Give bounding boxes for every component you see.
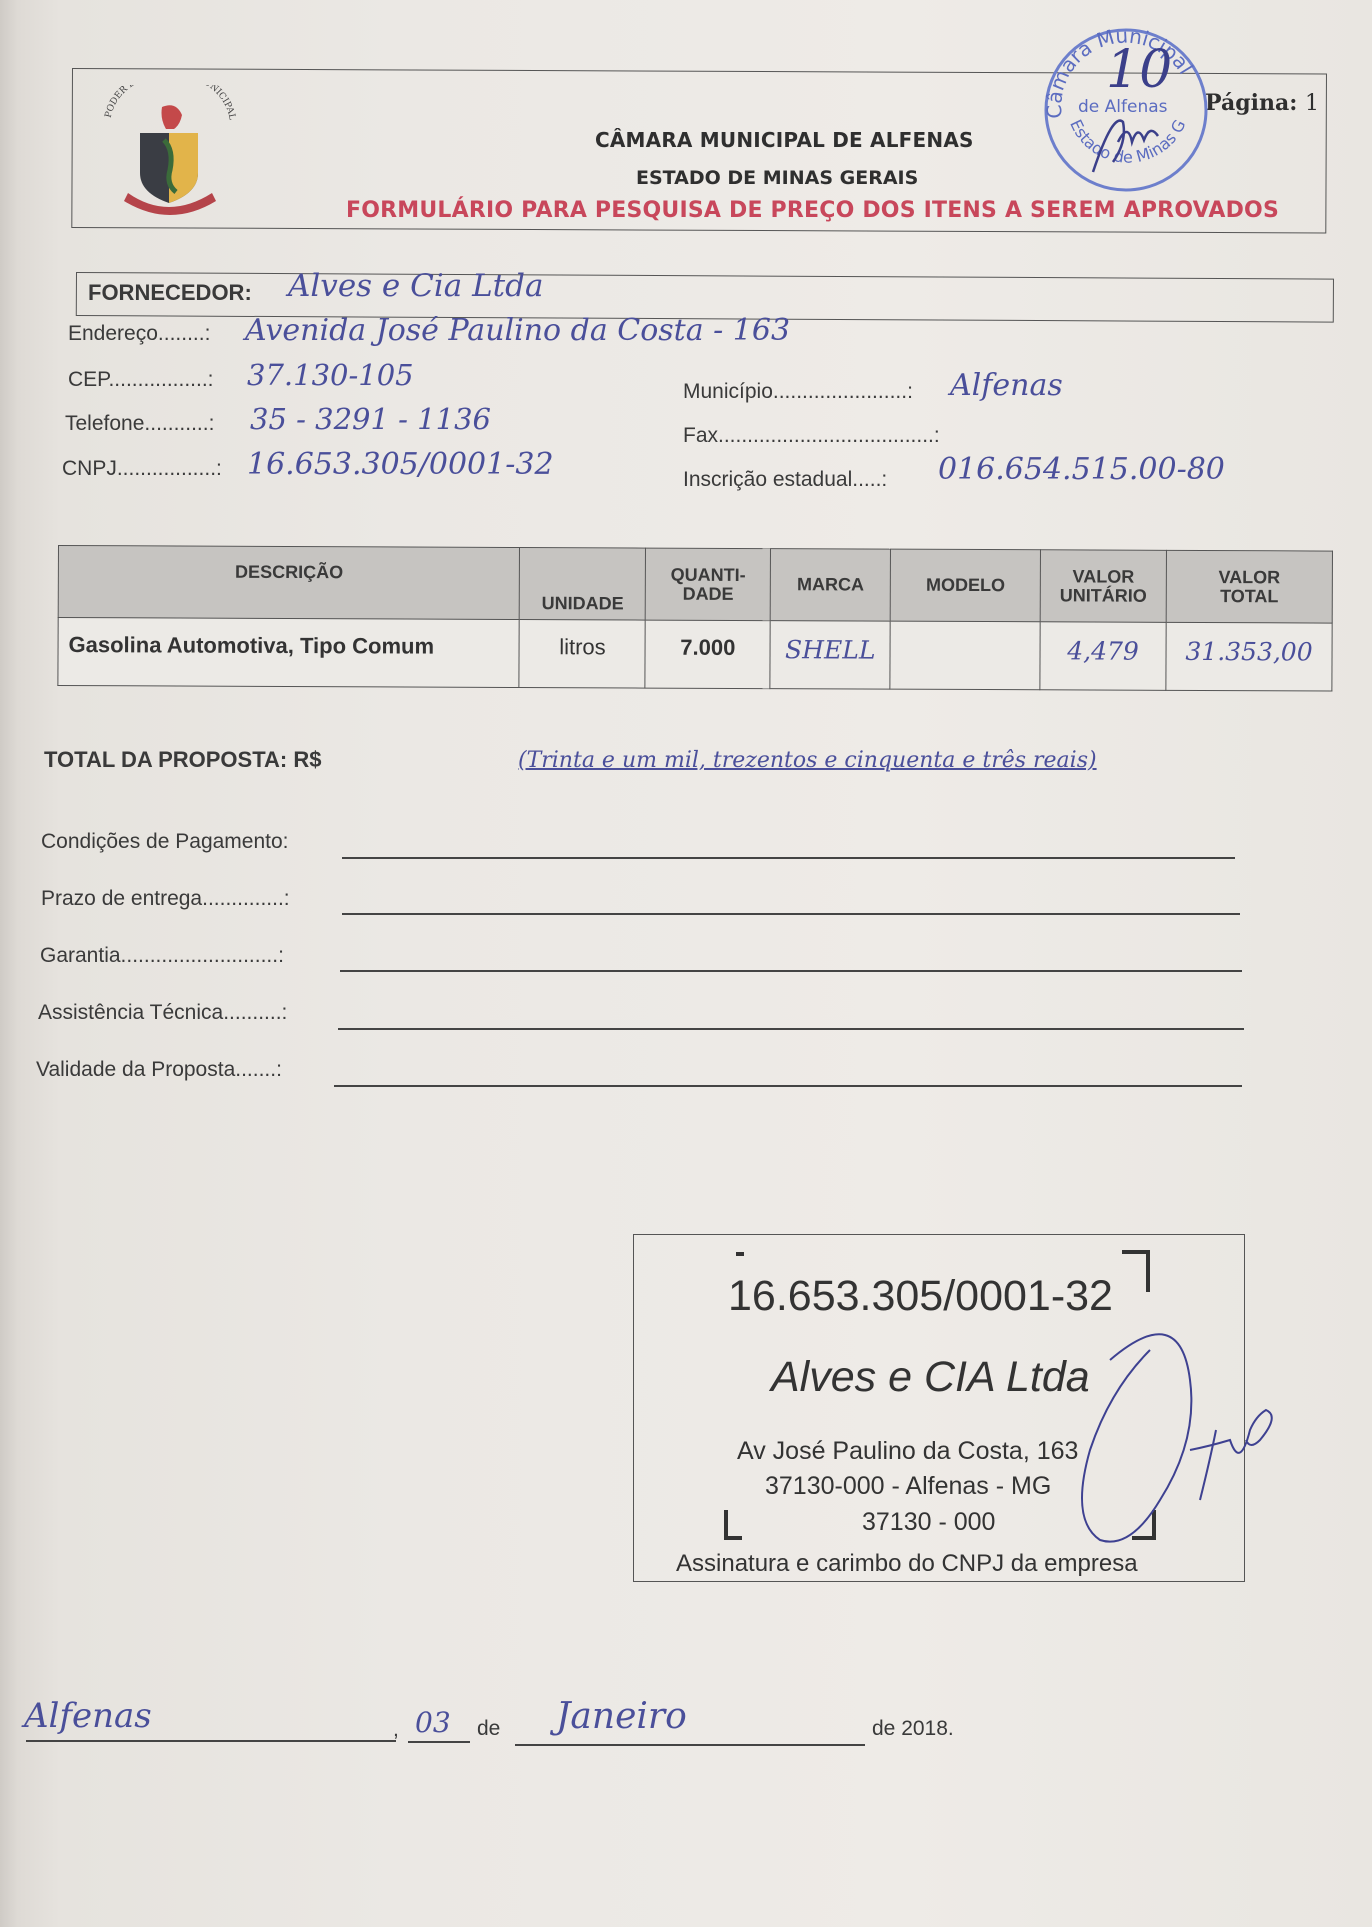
date-month-line[interactable] [515,1744,865,1746]
garantia-field[interactable] [340,970,1242,972]
table-row: Gasolina Automotiva, Tipo Comum litros 7… [58,618,1332,692]
col-marca: MARCA [770,549,890,622]
institution-title: CÂMARA MUNICIPAL DE ALFENAS [595,128,974,152]
col-descricao: DESCRIÇÃO [58,546,520,620]
assistencia-tecnica-label: Assistência Técnica..........: [38,1001,287,1025]
stamp-caption: Assinatura e carimbo do CNPJ da empresa [676,1550,1138,1578]
stamp-corner-mark [1122,1250,1150,1292]
cell-modelo [890,621,1040,690]
total-label: TOTAL DA PROPOSTA: R$ [44,747,321,773]
date-comma: , [393,1718,399,1742]
garantia-label: Garantia...........................: [40,944,284,968]
date-de-label: de [477,1717,500,1741]
stamp-corner-mark [724,1510,742,1540]
col-valor-unitario: VALOR UNITÁRIO [1040,550,1166,623]
stamp-address-line3: 37130 - 000 [862,1508,995,1537]
endereco-value: Avenida José Paulino da Costa - 163 [245,313,790,348]
prazo-entrega-label: Prazo de entrega..............: [41,887,290,911]
stamp-address-line2: 37130-000 - Alfenas - MG [765,1472,1051,1501]
cell-valor-total: 31.353,00 [1166,622,1332,691]
state-title: ESTADO DE MINAS GERAIS [636,167,918,189]
inscricao-estadual-value: 016.654.515.00-80 [938,452,1225,487]
municipio-value: Alfenas [950,368,1063,403]
telefone-label: Telefone...........: [65,412,214,436]
telefone-value: 35 - 3291 - 1136 [250,402,491,436]
prazo-entrega-field[interactable] [342,913,1240,915]
date-city: Alfenas [24,1696,152,1736]
municipio-label: Município.......................: [683,380,913,404]
marca-value: SHELL [785,635,876,664]
date-city-line[interactable] [26,1740,396,1742]
stamp-address-line1: Av José Paulino da Costa, 163 [737,1437,1078,1466]
fornecedor-label: FORNECEDOR: [88,280,252,306]
svg-text:10: 10 [1106,40,1172,100]
cnpj-label: CNPJ.................: [62,457,222,481]
official-seal-icon: Câmara Municipal Estado de Minas Gerais … [1038,22,1213,197]
total-value-in-words: (Trinta e um mil, trezentos e cinquenta … [518,748,1097,773]
cep-label: CEP.................: [68,368,214,392]
items-table: DESCRIÇÃO UNIDADE QUANTI- DADE MARCA MOD… [57,545,1333,692]
assistencia-tecnica-field[interactable] [338,1028,1244,1030]
date-day: 03 [415,1706,451,1739]
valor-total-value: 31.353,00 [1185,637,1312,667]
page-indicator: Página: 1 [1205,90,1319,116]
stamp-cnpj: 16.653.305/0001-32 [728,1272,1113,1321]
municipal-crest-icon: PODER LEGISLATIVO MUNICIPAL [100,85,240,220]
cell-valor-unitario: 4,479 [1040,622,1166,691]
date-month: Janeiro [556,1696,687,1737]
page-number: 1 [1305,91,1319,116]
svg-text:de Alfenas: de Alfenas [1078,97,1168,117]
col-quantidade: QUANTI- DADE [646,548,771,621]
page-label: Página: [1205,90,1297,116]
validade-proposta-label: Validade da Proposta.......: [36,1058,282,1082]
cell-quantidade: 7.000 [645,620,770,689]
cnpj-value: 16.653.305/0001-32 [247,447,554,482]
stamp-company-name: Alves e CIA Ltda [771,1353,1090,1402]
cep-value: 37.130-105 [247,358,414,392]
condicoes-pagamento-label: Condições de Pagamento: [41,830,289,854]
date-day-line[interactable] [408,1741,470,1743]
col-valor-total: VALOR TOTAL [1166,550,1332,623]
fax-label: Fax.....................................… [683,424,940,448]
condicoes-pagamento-field[interactable] [342,857,1235,859]
cell-descricao: Gasolina Automotiva, Tipo Comum [58,618,520,688]
endereco-label: Endereço........: [68,322,210,346]
stamp-corner-mark [736,1252,744,1256]
table-header-row: DESCRIÇÃO UNIDADE QUANTI- DADE MARCA MOD… [58,546,1332,624]
cell-marca: SHELL [770,621,890,690]
inscricao-estadual-label: Inscrição estadual.....: [683,468,887,492]
date-year: de 2018. [872,1717,954,1741]
col-modelo: MODELO [890,549,1040,622]
handwritten-signature-icon [1070,1330,1290,1570]
validade-proposta-field[interactable] [334,1085,1242,1087]
form-title: FORMULÁRIO PARA PESQUISA DE PREÇO DOS IT… [346,198,1279,223]
col-unidade: UNIDADE [520,548,646,621]
valor-unitario-value: 4,479 [1067,636,1139,665]
cell-unidade: litros [519,620,645,689]
fornecedor-value: Alves e Cia Ltda [288,268,543,304]
